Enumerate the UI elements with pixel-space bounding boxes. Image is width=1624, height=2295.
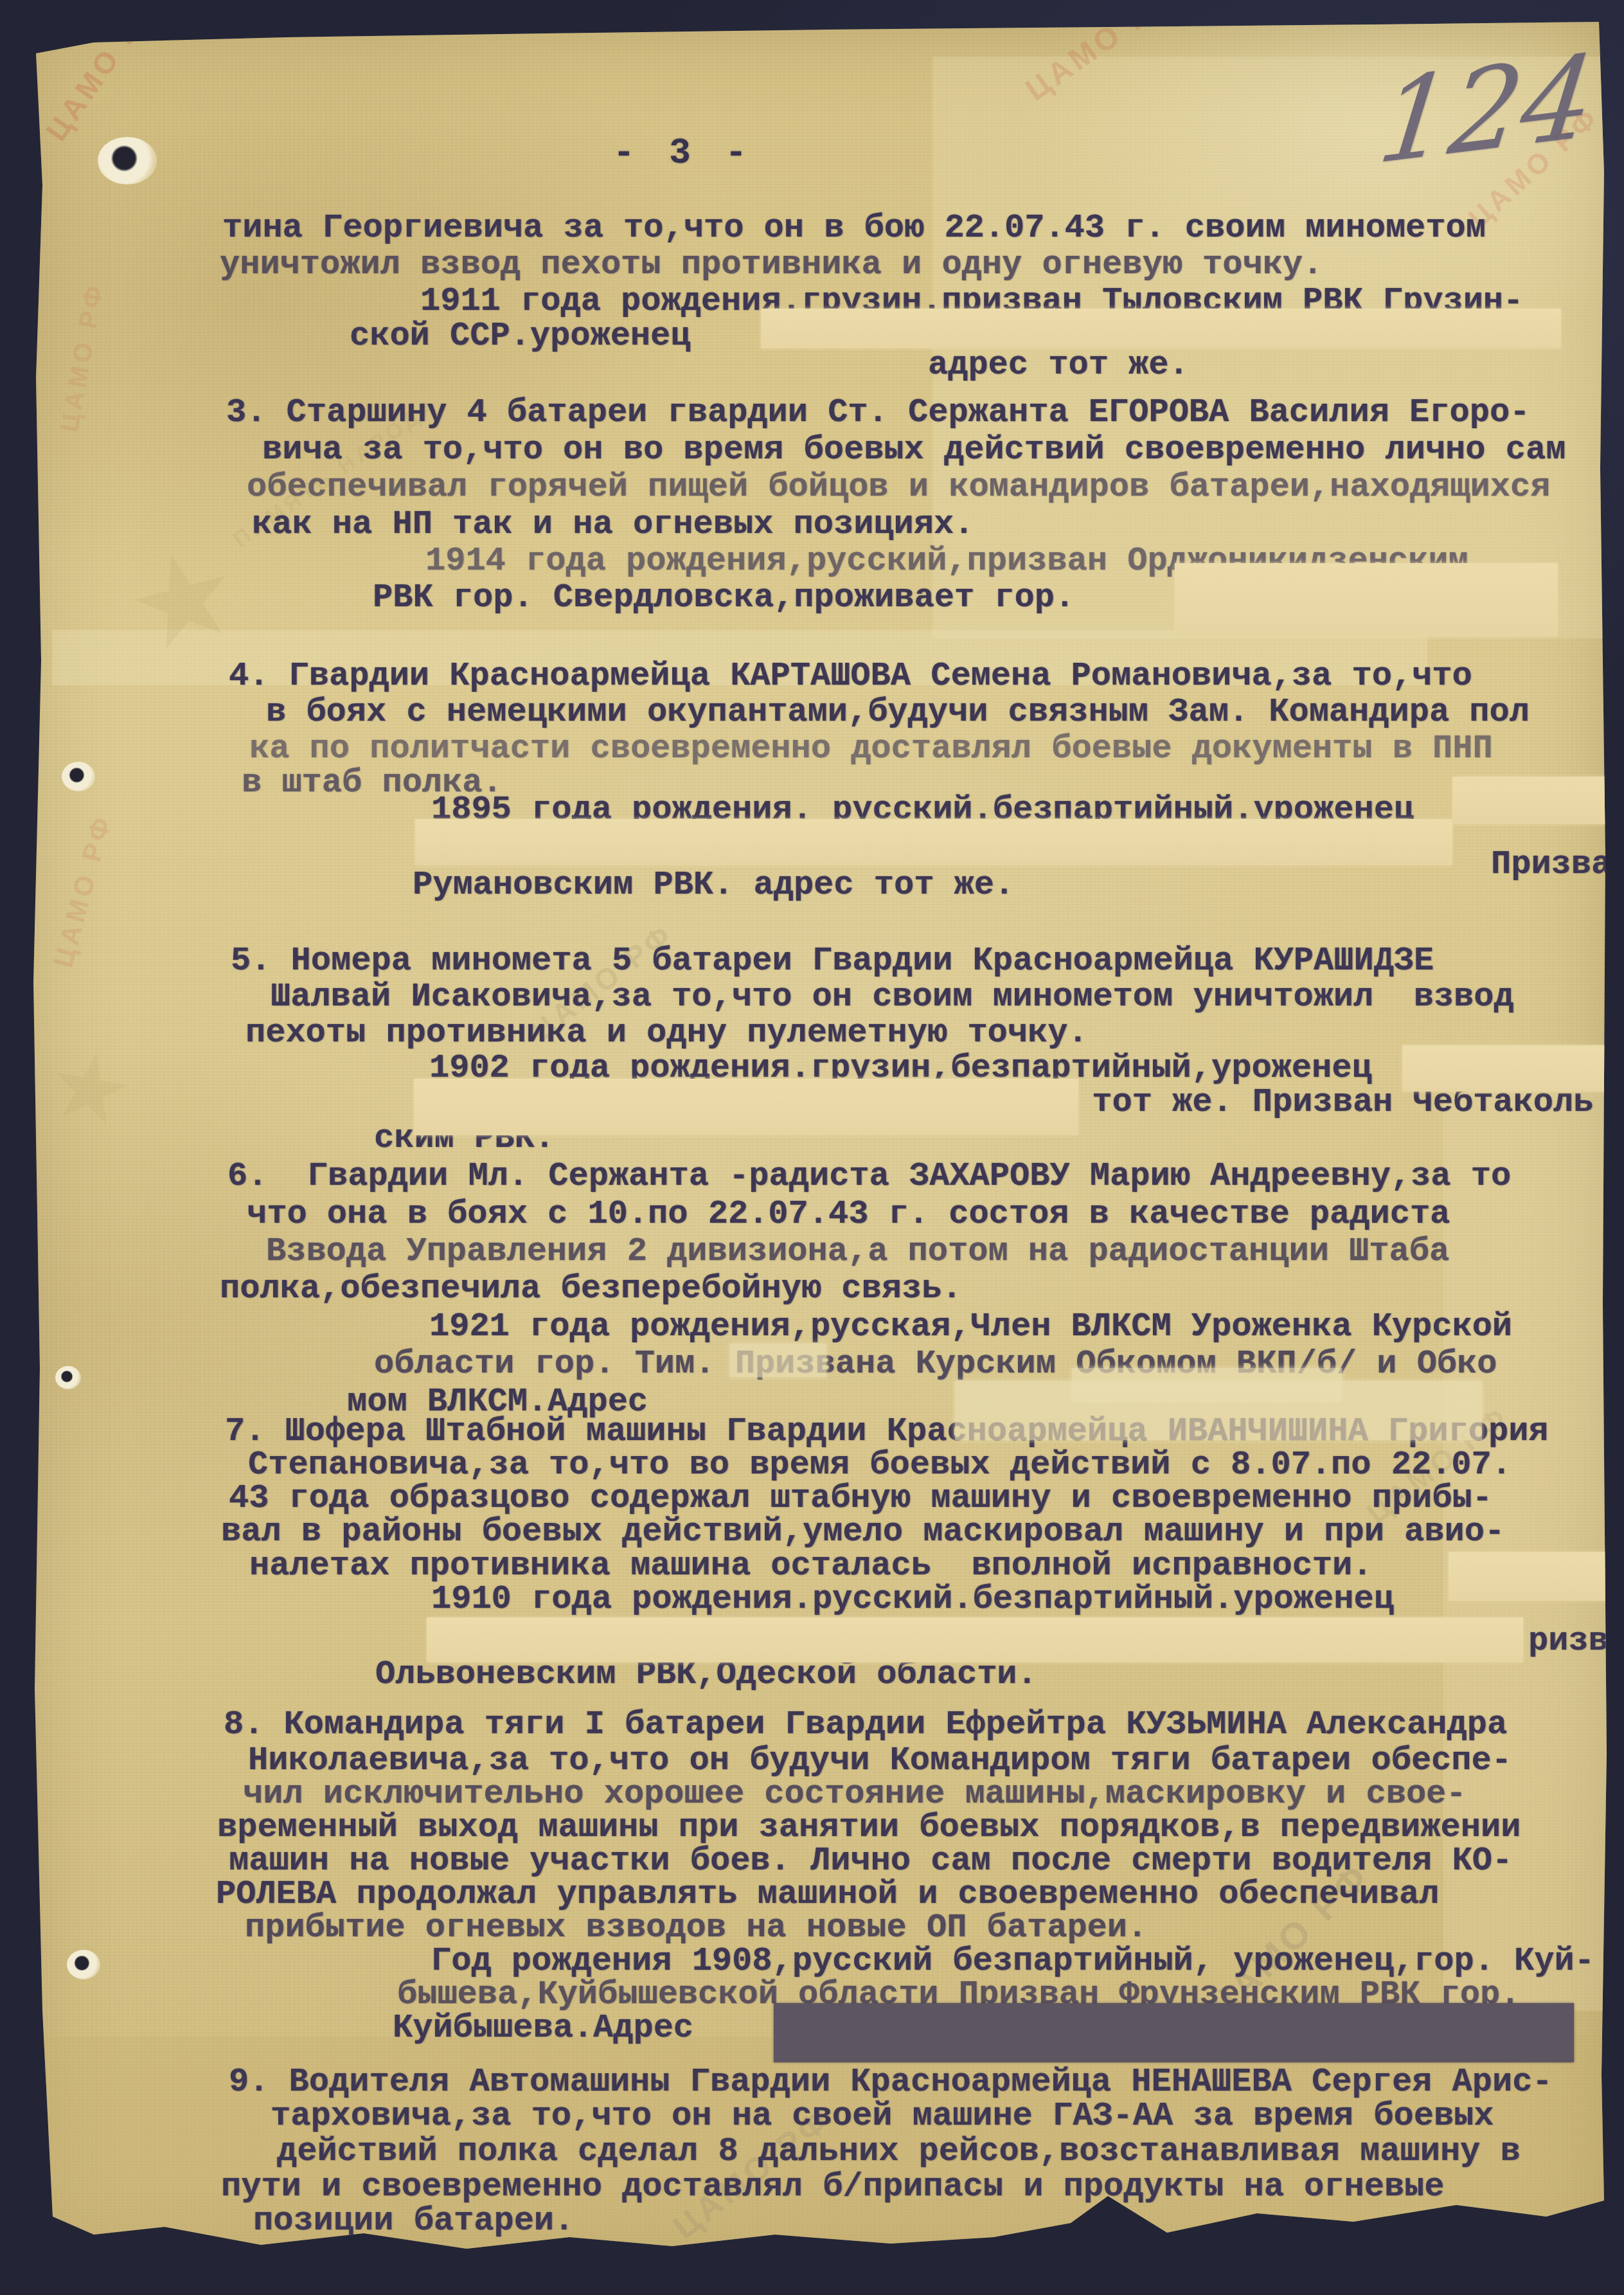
text-line: РВК гор. Свердловска,проживает гор. (373, 580, 1075, 616)
hole-layer (17, 18, 1612, 2274)
archive-watermark: ЦАМО РФ (39, 0, 165, 147)
text-line: бышева,Куйбышевской области Призван Фрун… (397, 1977, 1520, 2013)
text-line: Год рождения 1908,русский безпартийный, … (431, 1944, 1594, 1979)
redaction-bar (1449, 1552, 1624, 1601)
punch-hole (98, 137, 157, 184)
archive-watermark: ЦАМО РФ (1019, 0, 1184, 108)
text-line: 1902 года рождения.грузин,безпартийный,у… (429, 1051, 1372, 1086)
text-line: тина Георгиевича за то,что он в бою 22.0… (222, 211, 1486, 246)
text-line: уничтожил взвод пехоты противника и одну… (220, 248, 1323, 283)
redaction-bar (1072, 1368, 1342, 1401)
redaction-bar (730, 1344, 826, 1377)
redaction-bar-dark (774, 2003, 1574, 2062)
page-number-typed: - 3 - (613, 132, 753, 174)
text-line: Степановича,за то,что во время боевых де… (248, 1448, 1512, 1483)
text-line: Ольвоневским РВК,Одеской области. (375, 1657, 1037, 1693)
punch-hole (55, 1366, 81, 1389)
text-line: Шалвай Исаковича,за то,что он своим мино… (271, 980, 1514, 1015)
text-line: ка по политчасти своевременно доставлял … (249, 732, 1493, 767)
text-line: полка,обезпечила безперебойную связь. (220, 1272, 962, 1307)
text-line: в штаб полка. (242, 766, 503, 801)
text-line: Румановским РВК. адрес тот же. (413, 868, 1014, 903)
redaction-bar (1452, 777, 1624, 824)
redaction-bar (955, 1381, 1482, 1440)
text-line: пехоты противника и одну пулеметную точк… (245, 1016, 1088, 1051)
text-line: области гор. Тим. Призвана Курским Обком… (374, 1347, 1497, 1382)
redaction-bar (427, 1617, 1523, 1662)
archive-watermark: ЦАМО РФ (48, 811, 118, 971)
redaction-bar (1402, 1045, 1624, 1092)
text-line: РОЛЕВА продолжал управлять машиной и сво… (216, 1877, 1440, 1913)
text-line: Николаевича,за то,что он будучи Командир… (248, 1743, 1512, 1779)
text-line: 1911 года рождения.грузин.призван Тыловс… (420, 284, 1523, 319)
archive-watermark: ЦАМО РФ (1199, 1853, 1379, 2029)
text-line: 1910 года рождения.русский.безпартийный.… (431, 1582, 1394, 1617)
text-line: прибытие огневых взводов на новые ОП бат… (245, 1911, 1147, 1946)
text-line: 1914 года рождения,русский,призван Орджо… (425, 544, 1468, 579)
text-line: 4. Гвардии Красноармейца КАРТАШОВА Семен… (229, 659, 1472, 694)
text-line: 9. Водителя Автомашины Гвардии Красноарм… (229, 2065, 1553, 2100)
text-line: 1895 года рождения. русский.безпартийный… (431, 793, 1414, 828)
seam-patch (42, 2037, 1611, 2268)
archive-watermark: ★ (45, 1034, 139, 1144)
redaction-bar (415, 819, 1452, 865)
text-line: 6. Гвардии Мл. Сержанта -радиста ЗАХАРОВ… (228, 1159, 1511, 1194)
seam-patch (52, 630, 1427, 685)
redaction-bar (761, 309, 1561, 348)
text-line: Взвода Управления 2 дивизиона,а потом на… (266, 1234, 1449, 1270)
punch-hole (62, 762, 95, 791)
text-line: обеспечивал горячей пищей бойцов и коман… (247, 470, 1550, 505)
text-layer: - 3 - тина Георгиевича за то,что он в бо… (17, 18, 1612, 2274)
archive-watermark: ЦАМО РФ (666, 2100, 839, 2247)
redaction-bar (414, 1079, 1078, 1135)
text-line: пути и своевременно доставлял б/припасы … (221, 2170, 1445, 2205)
seam-layer (17, 18, 1612, 2274)
text-line: как на НП так и на огневых позициях. (252, 507, 974, 543)
archive-watermark: ★ (120, 525, 251, 674)
archive-watermark: ЦАМО РФ (524, 916, 680, 1048)
watermark-layer: ЦАМО РФЦАМО РФЦАМО РФЦАМО РФЦАМО РФЦАМО … (17, 18, 1612, 2274)
text-line: 3. Старшину 4 батареи гвардии Ст. Сержан… (226, 395, 1530, 431)
text-line: Призван (1491, 847, 1624, 883)
text-line: 5. Номера миномета 5 батареи Гвардии Кра… (231, 944, 1434, 979)
archive-watermark: ЦАМО РФ (55, 280, 110, 435)
text-line: налетах противника машина осталась вполн… (249, 1549, 1372, 1584)
scanned-document-screenshot: { "page": { "typed_number": "- 3 -", "ha… (0, 0, 1624, 2295)
text-line: чил исключительно хорошее состояние маши… (243, 1777, 1467, 1812)
archive-watermark: ПАМЯТЬ НАРОДА (229, 392, 443, 553)
page-number-handwritten: 124 (1371, 30, 1601, 190)
text-line: адрес тот же. Призван Чебтаколь (972, 1085, 1593, 1120)
text-line: мом ВЛКСМ.Адрес (347, 1385, 648, 1420)
text-line: 7. Шофера Штабной машины Гвардии Красноа… (225, 1414, 1549, 1450)
text-line: временный выход машины при занятии боевы… (217, 1810, 1521, 1846)
text-line: 43 года образцово содержал штабную машин… (229, 1481, 1492, 1516)
text-line: 1921 года рождения,русская,Член ВЛКСМ Ур… (429, 1309, 1512, 1345)
text-line: адрес тот же. (928, 348, 1189, 383)
text-line: Куйбышева.Адрес (393, 2011, 693, 2046)
text-line: ским РВК. (374, 1121, 555, 1156)
text-line: что она в боях с 10.по 22.07.43 г. состо… (247, 1197, 1450, 1232)
punch-hole (67, 1950, 100, 1979)
text-line: тарховича,за то,что он на своей машине Г… (271, 2099, 1494, 2134)
paper: ЦАМО РФЦАМО РФЦАМО РФЦАМО РФЦАМО РФЦАМО … (17, 18, 1612, 2274)
text-line: машин на новые участки боев. Лично сам п… (229, 1844, 1512, 1879)
redaction-bar (1175, 563, 1558, 636)
text-line: в боях с немецкими окупантами,будучи свя… (266, 695, 1530, 730)
text-line: позиции батареи. (253, 2204, 574, 2239)
text-line: ской ССР.уроженец (350, 319, 691, 354)
text-line: ризван (1528, 1624, 1624, 1659)
text-line: вал в районы боевых действий,умело маски… (221, 1515, 1504, 1550)
text-line: действий полка сделал 8 дальних рейсов,в… (277, 2134, 1521, 2170)
archive-watermark: ЦАМО РФ (1360, 1398, 1515, 1531)
redaction-layer (17, 18, 1612, 2274)
text-line: вича за то,что он во время боевых действ… (262, 433, 1566, 468)
seam-patch (1443, 1047, 1624, 2011)
text-line: 8. Командира тяги I батареи Гвардии Ефре… (224, 1707, 1507, 1743)
